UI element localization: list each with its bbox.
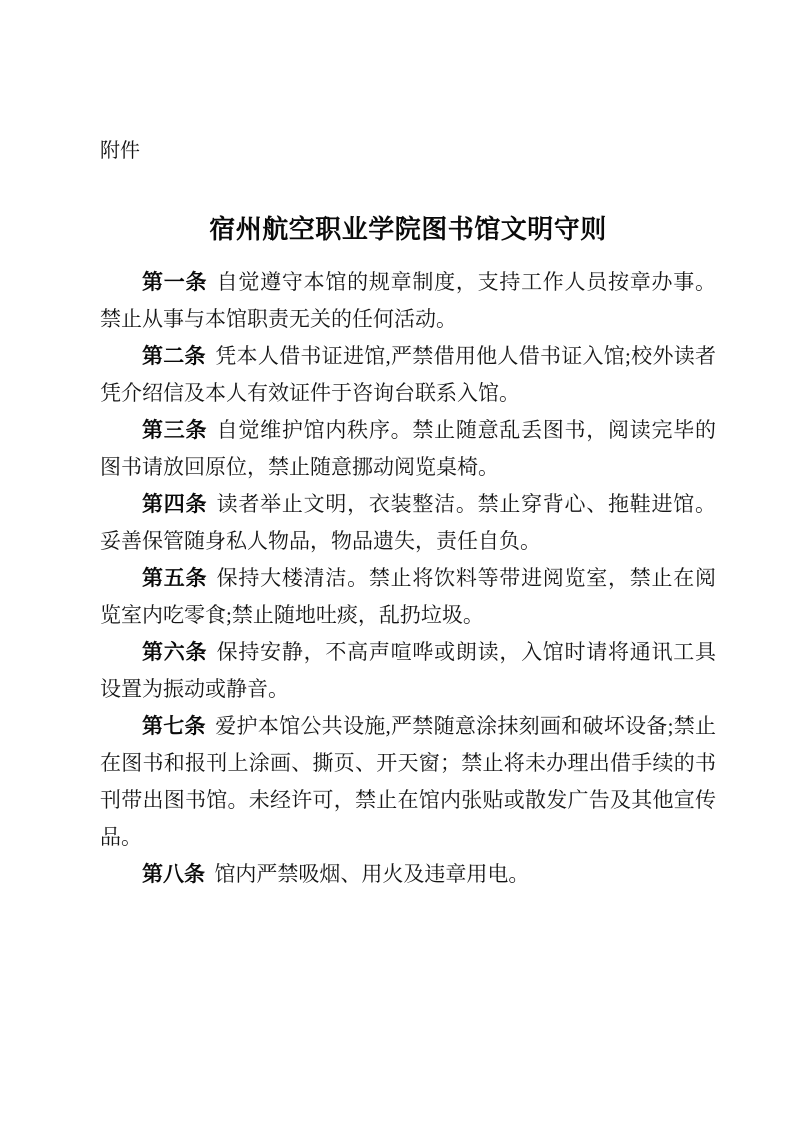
article-paragraph-5: 第五条保持大楼清洁。禁止将饮料等带进阅览室，禁止在阅览室内吃零食;禁止随地吐痰，…	[100, 560, 716, 634]
article-paragraph-1: 第一条自觉遵守本馆的规章制度，支持工作人员按章办事。禁止从事与本馆职责无关的任何…	[100, 264, 716, 338]
document-title: 宿州航空职业学院图书馆文明守则	[100, 213, 716, 247]
document-page: 附件 宿州航空职业学院图书馆文明守则 第一条自觉遵守本馆的规章制度，支持工作人员…	[0, 0, 793, 1122]
article-paragraph-7: 第七条爱护本馆公共设施,严禁随意涂抹刻画和破坏设备;禁止在图书和报刊上涂画、撕页…	[100, 708, 716, 856]
article-text: 馆内严禁吸烟、用火及违章用电。	[214, 862, 529, 886]
article-paragraph-3: 第三条自觉维护馆内秩序。禁止随意乱丢图书，阅读完毕的图书请放回原位，禁止随意挪动…	[100, 412, 716, 486]
article-paragraph-8: 第八条馆内严禁吸烟、用火及违章用电。	[100, 856, 716, 893]
document-body: 第一条自觉遵守本馆的规章制度，支持工作人员按章办事。禁止从事与本馆职责无关的任何…	[100, 264, 716, 893]
article-number: 第七条	[142, 714, 215, 738]
article-number: 第一条	[142, 270, 217, 294]
article-number: 第三条	[142, 418, 217, 442]
article-paragraph-2: 第二条凭本人借书证进馆,严禁借用他人借书证入馆;校外读者凭介绍信及本人有效证件于…	[100, 338, 716, 412]
article-number: 第八条	[142, 862, 214, 886]
article-number: 第六条	[142, 640, 217, 664]
attachment-label: 附件	[100, 138, 140, 164]
article-paragraph-4: 第四条读者举止文明，衣装整洁。禁止穿背心、拖鞋进馆。妥善保管随身私人物品，物品遗…	[100, 486, 716, 560]
article-number: 第二条	[142, 344, 215, 368]
article-paragraph-6: 第六条保持安静，不高声喧哗或朗读，入馆时请将通讯工具设置为振动或静音。	[100, 634, 716, 708]
article-number: 第五条	[142, 566, 217, 590]
article-number: 第四条	[142, 492, 217, 516]
